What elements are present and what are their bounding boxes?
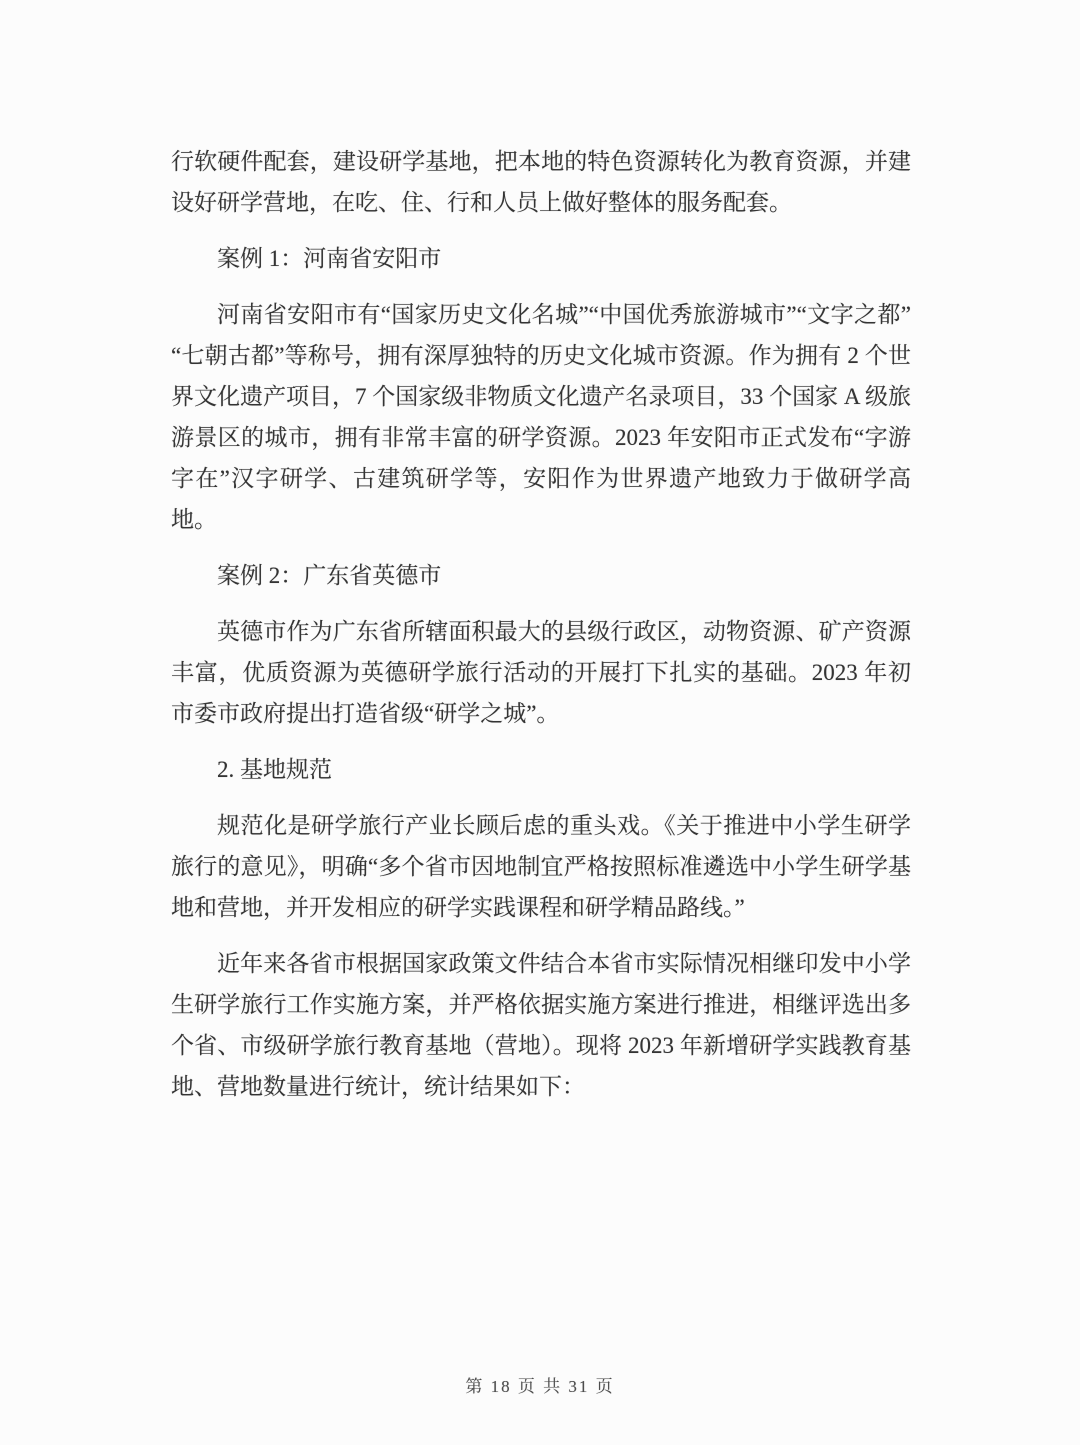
case-1-heading: 案例 1：河南省安阳市: [171, 238, 911, 279]
document-page: 行软硬件配套，建设研学基地，把本地的特色资源转化为教育资源，并建设好研学营地，在…: [0, 0, 1080, 1445]
section-2-body-1: 规范化是研学旅行产业长顾后虑的重头戏。《关于推进中小学生研学旅行的意见》，明确“…: [171, 805, 911, 928]
section-2-heading: 2. 基地规范: [171, 749, 911, 790]
case-2-heading: 案例 2：广东省英德市: [171, 555, 911, 596]
case-1-body: 河南省安阳市有“国家历史文化名城”“中国优秀旅游城市”“文字之都”“七朝古都”等…: [171, 294, 911, 540]
page-number: 第 18 页 共 31 页: [0, 1378, 1080, 1395]
section-2-body-2: 近年来各省市根据国家政策文件结合本省市实际情况相继印发中小学生研学旅行工作实施方…: [171, 943, 911, 1107]
continuation-paragraph: 行软硬件配套，建设研学基地，把本地的特色资源转化为教育资源，并建设好研学营地，在…: [171, 141, 911, 223]
document-body: 行软硬件配套，建设研学基地，把本地的特色资源转化为教育资源，并建设好研学营地，在…: [171, 141, 911, 1122]
case-2-body: 英德市作为广东省所辖面积最大的县级行政区，动物资源、矿产资源丰富，优质资源为英德…: [171, 611, 911, 734]
